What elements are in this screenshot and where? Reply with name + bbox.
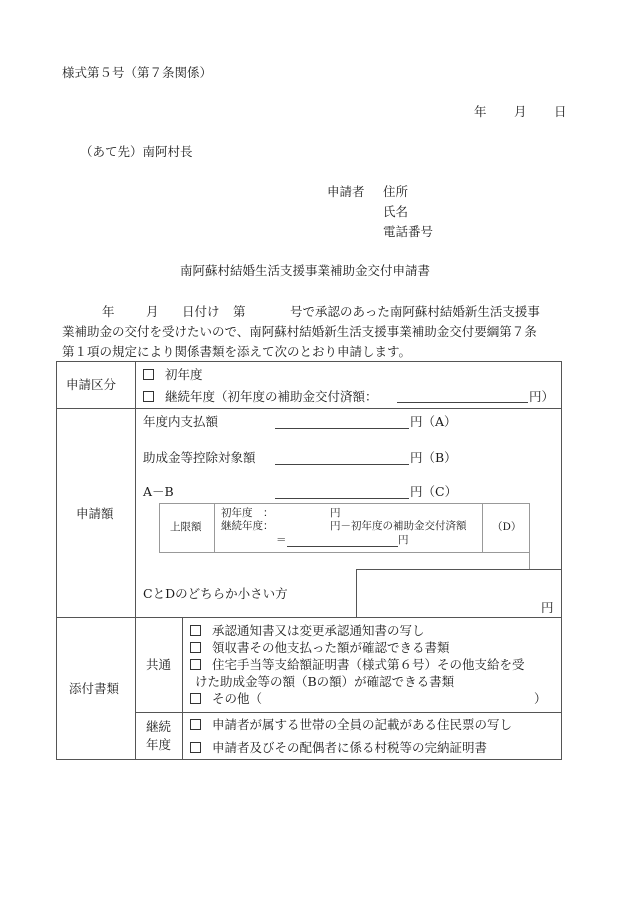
smaller-unit: 円 [541,600,554,615]
option-first-year[interactable]: 初年度 [143,367,203,382]
row-divider-2 [56,617,562,618]
intro-day-ref: 日付け [182,304,220,319]
amount-c-unit: 円（C） [410,484,457,499]
common-label: 共通 [146,657,171,672]
phone-label: 電話番号 [383,224,433,239]
attach-common-3[interactable]: 住宅手当等支給額証明書（様式第６号）その他支給を受 [190,657,525,672]
limit-div-2 [482,503,483,553]
limit-continuing-formula: 円－初年度の補助金交付済額 [330,520,467,533]
checkbox-attach-common-4[interactable] [190,693,201,704]
intro-month: 月 [146,304,159,319]
applicant-label: 申請者 [327,184,365,199]
date-month: 月 [514,104,527,119]
limit-tag-d: （D） [492,521,521,534]
attach-other-close: ） [534,691,547,706]
table-border-left [56,361,57,760]
date-day: 日 [554,104,567,119]
checkbox-attach-continuing-2[interactable] [190,742,201,753]
attach-other-field[interactable] [290,691,530,706]
limit-div-1 [214,503,215,553]
amount-b-field[interactable] [275,464,409,465]
amount-c-label: A－B [143,484,174,499]
amount-a-label: 年度内支払額 [143,414,218,429]
intro-line2: 業補助金の交付を受けたいので、南阿蘇村結婚新生活支援事業補助金交付要綱第７条 [62,324,537,339]
address-label: 住所 [383,184,408,199]
attach-common-3-cont: けた助成金等の額（Bの額）が確認できる書類 [195,674,454,689]
checkbox-attach-common-1[interactable] [190,625,201,636]
smaller-box-top[interactable] [356,569,562,570]
intro-no-prefix: 第 [233,304,246,319]
continuing-label-2: 年度 [146,737,171,752]
table-border-right [561,361,562,760]
attach-sub-divider [182,617,183,759]
checkbox-attach-common-3[interactable] [190,659,201,670]
attach-row-divider [135,712,562,713]
option-continuing-year[interactable]: 継続年度（初年度の補助金交付済額： [143,389,378,404]
limit-first-year: 初年度 ： [221,507,274,520]
limit-right [529,503,530,569]
document-title: 南阿蘇村結婚生活支援事業補助金交付申請書 [180,263,430,278]
amount-b-label: 助成金等控除対象額 [143,450,256,465]
amount-label: 申請額 [76,506,114,521]
paid-amount-field[interactable] [397,402,528,403]
checkbox-continuing-year[interactable] [143,391,154,402]
paid-amount-unit: 円） [529,389,554,404]
amount-a-field[interactable] [275,428,409,429]
form-number: 様式第５号（第７条関係） [62,65,212,80]
addressee: （あて先）南阿村長 [80,144,193,159]
intro-year: 年 [102,304,115,319]
smaller-box-left [356,569,357,617]
name-label: 氏名 [383,204,408,219]
limit-label: 上限額 [170,521,202,534]
attach-common-2[interactable]: 領収書その他支払った額が確認できる書類 [190,640,450,655]
amount-a-unit: 円（A） [410,414,457,429]
checkbox-attach-common-2[interactable] [190,642,201,653]
amount-b-unit: 円（B） [410,450,457,465]
attach-common-4[interactable]: その他（ [190,691,262,706]
attach-common-1[interactable]: 承認通知書又は変更承認通知書の写し [190,623,425,638]
smaller-label: CとDのどちらか小さい方 [143,586,288,601]
checkbox-first-year[interactable] [143,369,154,380]
amount-c-field[interactable] [275,498,409,499]
limit-amount-field[interactable] [287,546,398,547]
limit-equals-unit: 円 [398,534,409,547]
category-label: 申請区分 [66,377,116,392]
intro-line3: 第１項の規定により関係書類を添えて次のとおり申請します。 [62,344,411,359]
table-border-bottom [56,759,562,760]
attach-continuing-2[interactable]: 申請者及びその配偶者に係る村税等の完納証明書 [190,740,487,755]
continuing-label-1: 継続 [146,719,171,734]
limit-first-year-unit: 円 [330,507,341,520]
limit-equals: ＝ [276,534,287,547]
attach-continuing-1[interactable]: 申請者が属する世帯の全員の記載がある住民票の写し [190,717,512,732]
attachments-label: 添付書類 [69,681,119,696]
table-border-top [56,361,562,362]
intro-line1-rest: 号で承認のあった南阿蘇村結婚新生活支援事 [290,304,540,319]
date-year: 年 [474,104,487,119]
checkbox-attach-continuing-1[interactable] [190,719,201,730]
col-divider-1 [135,361,136,760]
row-divider-1 [56,408,562,409]
limit-left [159,503,160,553]
limit-continuing: 継続年度： [221,520,274,533]
